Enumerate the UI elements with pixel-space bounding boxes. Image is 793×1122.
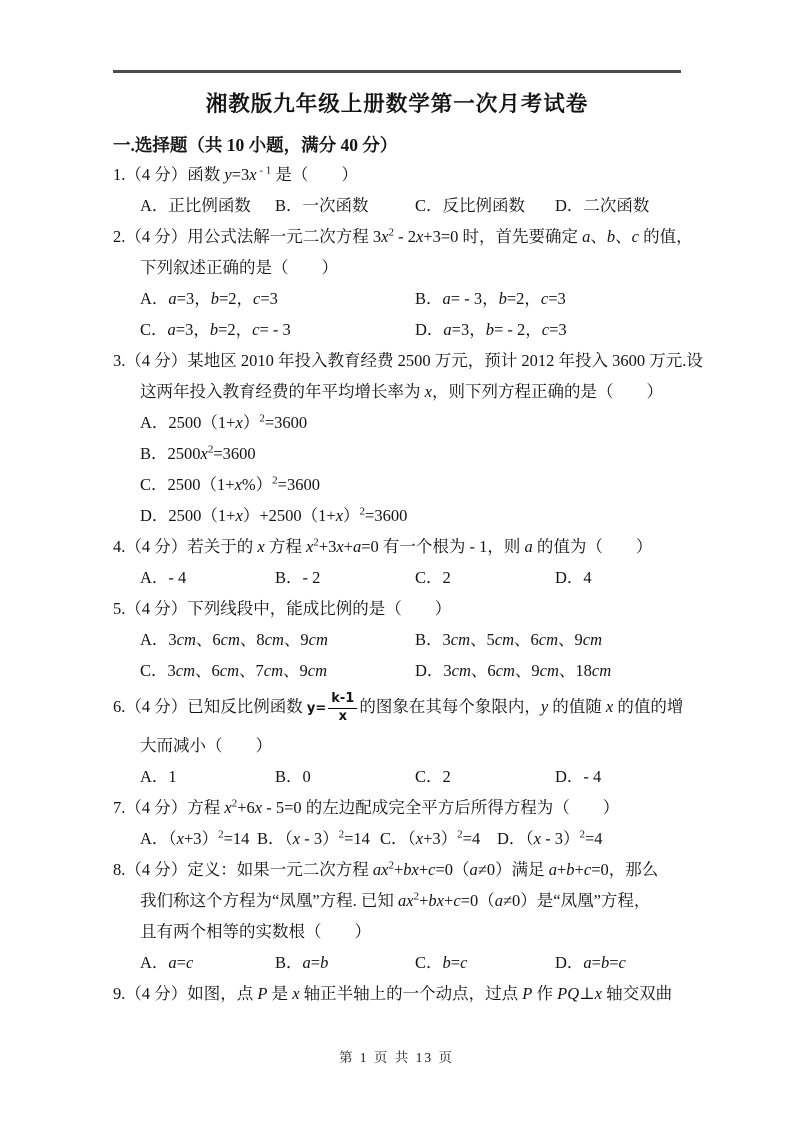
option-c: C．2500（1+x%）2=3600: [113, 469, 681, 500]
question-3-stem: 这两年投入教育经费的年平均增长率为 x，则下列方程正确的是（ ）: [113, 376, 681, 407]
option-b: B．2500x2=3600: [113, 438, 681, 469]
page-footer: 第 1 页 共 13 页: [0, 1046, 793, 1066]
option-d: D．4: [555, 562, 681, 593]
question-2-options: A．a=3，b=2，c=3 B．a= - 3，b=2，c=3: [113, 283, 681, 314]
option-a: A．1: [140, 761, 275, 792]
option-c: C．2: [415, 562, 555, 593]
question-8-stem: 且有两个相等的实数根（ ）: [113, 916, 681, 947]
question-9-stem: 9.（4 分）如图，点 P 是 x 轴正半轴上的一个动点，过点 P 作 PQ⊥x…: [113, 978, 681, 1009]
option-d: D．3cm、6cm、9cm、18cm: [415, 655, 681, 686]
page-title: 湘教版九年级上册数学第一次月考试卷: [113, 87, 681, 121]
question-6-stem: 大而减小（ ）: [113, 730, 681, 761]
question-8-options: A．a=c B．a=b C．b=c D．a=b=c: [113, 947, 681, 978]
option-c: C．反比例函数: [415, 190, 555, 221]
option-d: D．a=b=c: [555, 947, 681, 978]
question-3: 3.（4 分）某地区 2010 年投入教育经费 2500 万元，预计 2012 …: [113, 345, 681, 531]
option-b: B．0: [275, 761, 415, 792]
question-1: 1.（4 分）函数 y=3x - 1 是（ ） A．正比例函数 B．一次函数 C…: [113, 159, 681, 221]
question-6: 6.（4 分）已知反比例函数 y=k-1x的图象在其每个象限内，y 的值随 x …: [113, 686, 681, 792]
option-d: D．（x - 3）2=4: [497, 823, 681, 854]
option-d: D．a=3，b= - 2，c=3: [415, 314, 681, 345]
option-a: A．正比例函数: [140, 190, 275, 221]
question-5: 5.（4 分）下列线段中，能成比例的是（ ） A．3cm、6cm、8cm、9cm…: [113, 593, 681, 686]
question-8-stem: 8.（4 分）定义：如果一元二次方程 ax2+bx+c=0（a≠0）满足 a+b…: [113, 854, 681, 885]
option-c: C．3cm、6cm、7cm、9cm: [140, 655, 415, 686]
option-b: B．3cm、5cm、6cm、9cm: [415, 624, 681, 655]
page-content: 湘教版九年级上册数学第一次月考试卷 一.选择题（共 10 小题，满分 40 分）…: [0, 70, 793, 1009]
option-a: A．a=c: [140, 947, 275, 978]
option-c: C．b=c: [415, 947, 555, 978]
exam-page: 湘教版九年级上册数学第一次月考试卷 一.选择题（共 10 小题，满分 40 分）…: [0, 0, 793, 1122]
option-b: B．（x - 3）2=14: [257, 823, 380, 854]
question-2-stem: 2.（4 分）用公式法解一元二次方程 3x2 - 2x+3=0 时，首先要确定 …: [113, 221, 681, 252]
option-b: B．一次函数: [275, 190, 415, 221]
option-b: B．a= - 3，b=2，c=3: [415, 283, 681, 314]
question-4-stem: 4.（4 分）若关于的 x 方程 x2+3x+a=0 有一个根为 - 1，则 a…: [113, 531, 681, 562]
question-5-options: A．3cm、6cm、8cm、9cm B．3cm、5cm、6cm、9cm: [113, 624, 681, 655]
question-2-stem: 下列叙述正确的是（ ）: [113, 252, 681, 283]
question-4-options: A．- 4 B．- 2 C．2 D．4: [113, 562, 681, 593]
option-a: A．3cm、6cm、8cm、9cm: [140, 624, 415, 655]
question-7-stem: 7.（4 分）方程 x2+6x - 5=0 的左边配成完全平方后所得方程为（ ）: [113, 792, 681, 823]
option-a: A．2500（1+x）2=3600: [113, 407, 681, 438]
question-9: 9.（4 分）如图，点 P 是 x 轴正半轴上的一个动点，过点 P 作 PQ⊥x…: [113, 978, 681, 1009]
question-1-options: A．正比例函数 B．一次函数 C．反比例函数 D．二次函数: [113, 190, 681, 221]
option-a: A．a=3，b=2，c=3: [140, 283, 415, 314]
question-8: 8.（4 分）定义：如果一元二次方程 ax2+bx+c=0（a≠0）满足 a+b…: [113, 854, 681, 978]
option-d: D．- 4: [555, 761, 681, 792]
option-c: C．2: [415, 761, 555, 792]
header-rule: [113, 70, 681, 73]
option-b: B．- 2: [275, 562, 415, 593]
question-8-stem: 我们称这个方程为“凤凰”方程. 已知 ax2+bx+c=0（a≠0）是“凤凰”方…: [113, 885, 681, 916]
option-c: C．（x+3）2=4: [380, 823, 497, 854]
option-a: A．- 4: [140, 562, 275, 593]
option-c: C．a=3，b=2，c= - 3: [140, 314, 415, 345]
question-3-stem: 3.（4 分）某地区 2010 年投入教育经费 2500 万元，预计 2012 …: [113, 345, 681, 376]
question-7: 7.（4 分）方程 x2+6x - 5=0 的左边配成完全平方后所得方程为（ ）…: [113, 792, 681, 854]
question-6-stem: 6.（4 分）已知反比例函数 y=k-1x的图象在其每个象限内，y 的值随 x …: [113, 686, 681, 730]
question-7-options: A．（x+3）2=14 B．（x - 3）2=14 C．（x+3）2=4 D．（…: [113, 823, 681, 854]
question-5-stem: 5.（4 分）下列线段中，能成比例的是（ ）: [113, 593, 681, 624]
option-d: D．2500（1+x）+2500（1+x）2=3600: [113, 500, 681, 531]
section-heading: 一.选择题（共 10 小题，满分 40 分）: [113, 131, 681, 159]
question-2: 2.（4 分）用公式法解一元二次方程 3x2 - 2x+3=0 时，首先要确定 …: [113, 221, 681, 345]
question-5-options: C．3cm、6cm、7cm、9cm D．3cm、6cm、9cm、18cm: [113, 655, 681, 686]
question-6-options: A．1 B．0 C．2 D．- 4: [113, 761, 681, 792]
question-2-options: C．a=3，b=2，c= - 3 D．a=3，b= - 2，c=3: [113, 314, 681, 345]
option-a: A．（x+3）2=14: [140, 823, 257, 854]
option-d: D．二次函数: [555, 190, 681, 221]
question-4: 4.（4 分）若关于的 x 方程 x2+3x+a=0 有一个根为 - 1，则 a…: [113, 531, 681, 593]
option-b: B．a=b: [275, 947, 415, 978]
question-1-stem: 1.（4 分）函数 y=3x - 1 是（ ）: [113, 159, 681, 190]
